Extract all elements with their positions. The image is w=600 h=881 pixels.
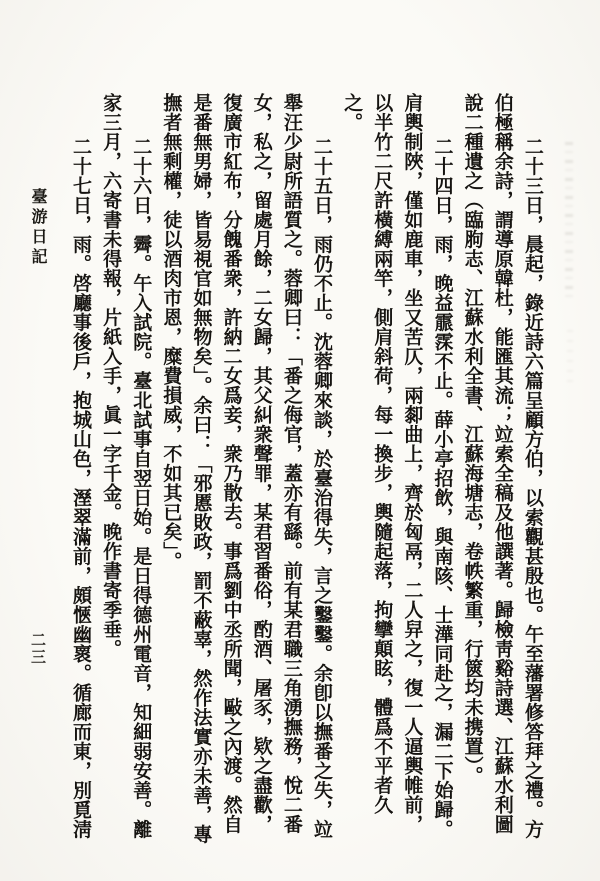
text-column: 肩輿制陜，僅如鹿車，坐又苦仄，兩厀曲上，齊於匈鬲，二人舁之，復一人逼輿帷前， xyxy=(399,93,423,853)
text-column: 舉汪少尉所語質之。蓉卿曰：「番之侮官，蓋亦有繇。前有某君職三角湧撫務，悅二番 xyxy=(279,93,303,853)
text-column: 復廣市紅布，分餽番衆，許納二女爲妾，衆乃散去。事爲劉中丞所聞，敺之內渡。然自 xyxy=(219,93,243,853)
book-title: 臺游日記 xyxy=(26,188,49,268)
text-column: 伯極稱余詩，謂導原韓杜，能匯其流；竝索全稿及他譔著。歸檢靑谿詩選、江蘇水利圖 xyxy=(490,93,514,853)
text-column: 之。 xyxy=(339,93,363,853)
text-column: 是番無男婦，皆易視官如無物矣」。余曰：「邪慝敗政，罰不蔽辜，然作法實亦未善，專 xyxy=(189,93,213,853)
text-column: 二十六日，霽。午入試院。臺北試事自翌日始。是日得德州電音，知細弱安善。離 xyxy=(128,93,152,853)
text-column: 二十四日，雨，晚益霢霂不止。薛小亭招飲，與南陔、士澕同赴之，漏二下始歸。 xyxy=(430,93,454,853)
text-column: 家三月，六寄書未得報，片紙入手，眞一字千金。晚作書寄季垂。 xyxy=(98,93,122,853)
page-number: 二三 xyxy=(27,632,48,666)
text-column: 說二種遺之（臨胊志、江蘇水利全書、江蘇海塘志，卷帙繁重，行篋均未携置）。 xyxy=(460,93,484,853)
text-column: 二十五日，雨仍不止。沈蓉卿來談，於臺治得失，言之鑿鑿。余卽以撫番之失，竝 xyxy=(309,93,333,853)
text-column: 撫者無剩權，徒以酒肉市恩，糜費損威，不如其已矣」。 xyxy=(158,93,182,853)
bleed-through-marks xyxy=(565,142,573,302)
text-column: 二十三日，晨起，錄近詩六篇呈顧方伯，以索觀甚殷也。午至藩署修答拜之禮。方 xyxy=(520,93,544,853)
page-text-block: 二十三日，晨起，錄近詩六篇呈顧方伯，以索觀甚殷也。午至藩署修答拜之禮。方 伯極稱… xyxy=(68,93,544,853)
bleed-through-marks xyxy=(567,330,573,390)
text-column: 以半竹二尺許橫縛兩竿，側肩斜荷，每一換步，輿隨起落，拘攣顛眩，體爲不平者久 xyxy=(369,93,393,853)
text-column: 女，私之，留處月餘，二女歸，其父糾衆聲罪，某君習番俗，酌酒、屠豕，欵之盡歡， xyxy=(249,93,273,853)
text-column: 二十七日，雨。啓廳事後戶，抱城山色，溼翠滿前，頗愜幽褱。循廊而東，別覓淸 xyxy=(68,93,92,853)
